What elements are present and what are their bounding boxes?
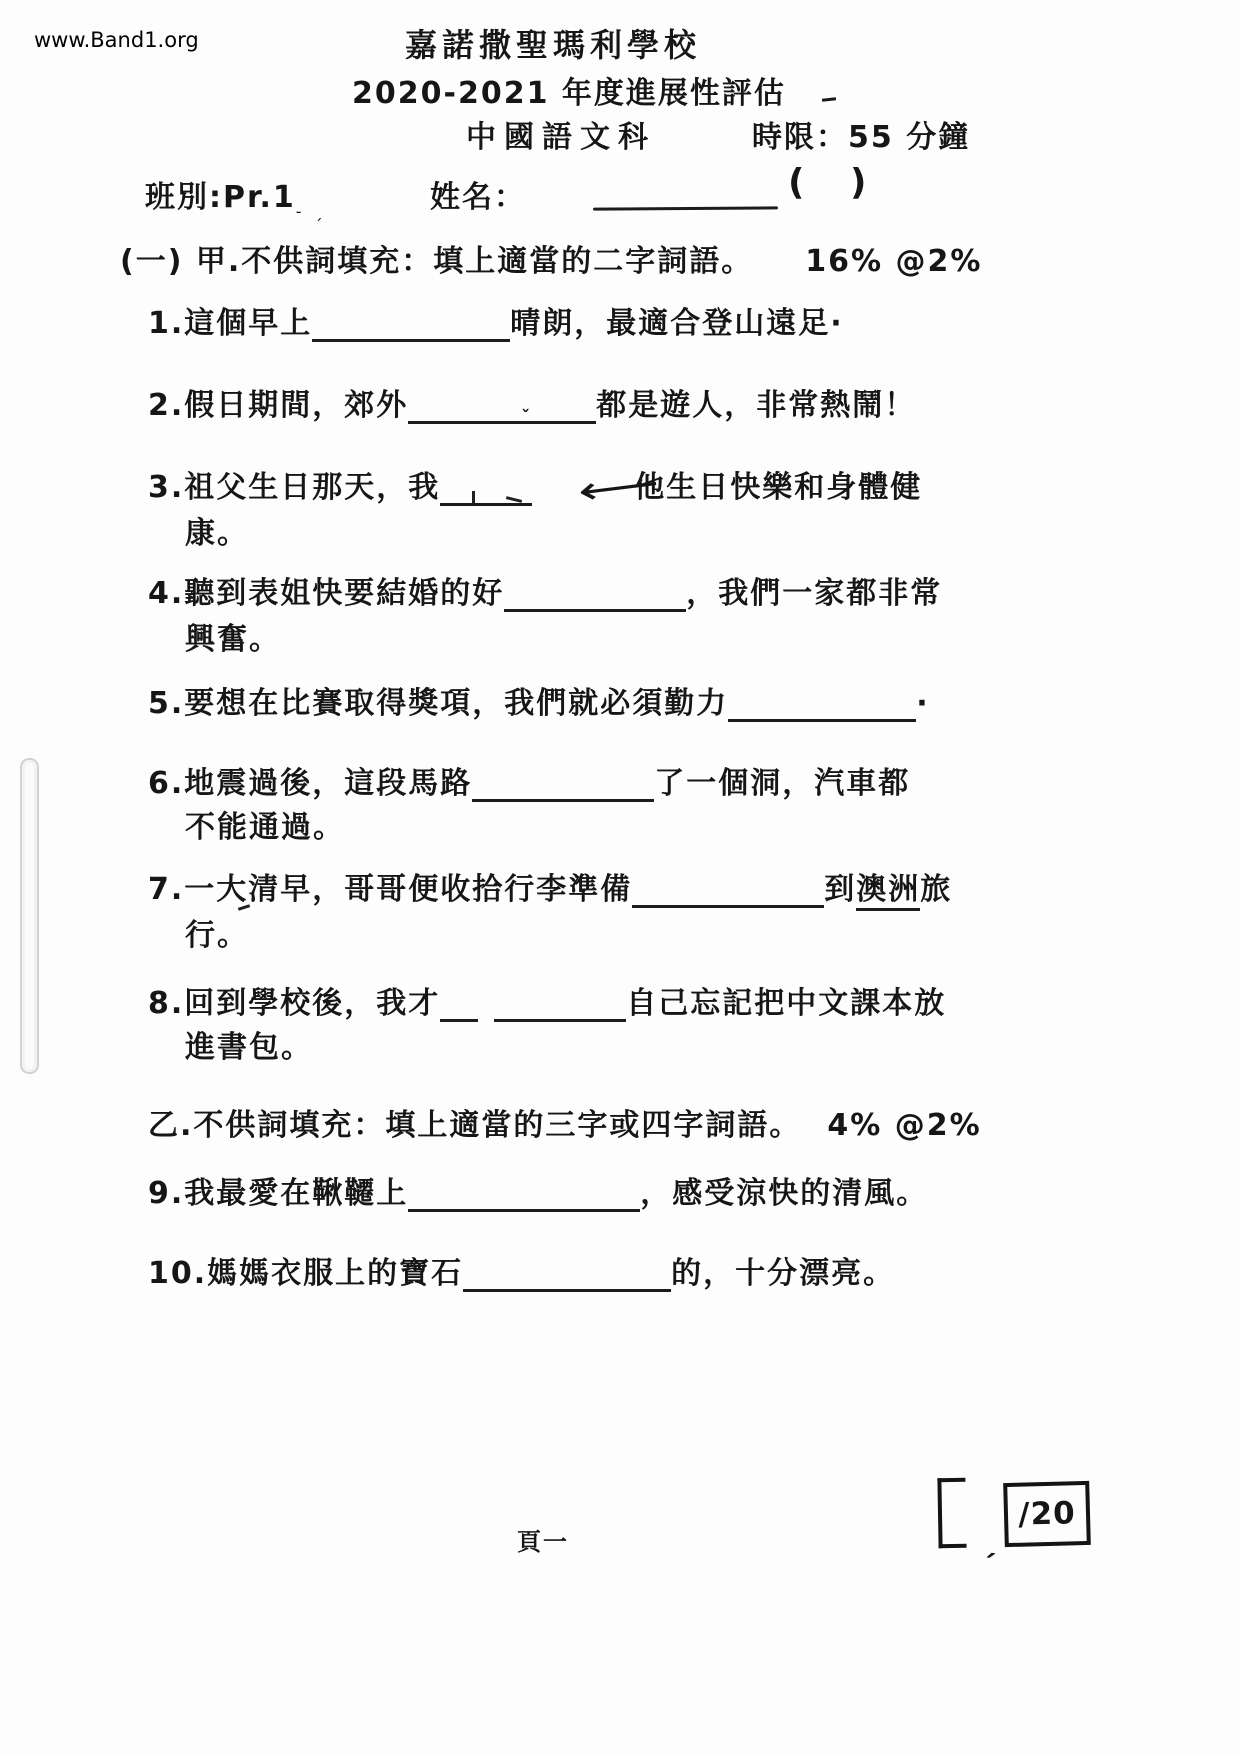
question-3-continuation: 康。 — [185, 508, 249, 552]
question-2-number: 2. — [148, 388, 184, 423]
question-5-pre: 要想在比賽取得獎項，我們就必須勤力 — [184, 686, 728, 721]
section-b-marks: 4% @2% — [827, 1108, 981, 1143]
question-8-continuation: 進書包。 — [185, 1022, 313, 1066]
question-3: 3.祖父生日那天，我他生日快樂和身體健 — [148, 462, 922, 506]
paren-close: ) — [850, 162, 866, 203]
question-1-blank — [312, 339, 510, 342]
question-8-blank-short — [440, 1019, 478, 1022]
question-7-post2: 旅 — [920, 872, 952, 907]
name-blank-line — [593, 206, 778, 210]
question-7-number: 7. — [148, 872, 184, 907]
section-a-title: (一) 甲.不供詞填充：填上適當的二字詞語。 — [120, 244, 753, 279]
question-7-post: 到 — [824, 872, 856, 907]
question-4-pre: 聽到表姐快要結婚的好 — [184, 576, 504, 611]
question-7-continuation: 行。 — [185, 910, 249, 954]
question-5: 5.要想在比賽取得獎項，我們就必須勤力· — [148, 678, 930, 722]
time-limit: 時限：55 分鐘 — [752, 112, 970, 156]
handwritten-check-mark: ˇ — [521, 407, 532, 428]
question-9-number: 9. — [148, 1176, 184, 1211]
score-label: /20 — [1018, 1495, 1076, 1532]
question-8-blank — [494, 1019, 626, 1022]
question-9-post: ，感受涼快的清風。 — [640, 1176, 928, 1211]
question-2-pre: 假日期間，郊外 — [184, 388, 408, 423]
question-8-number: 8. — [148, 986, 184, 1021]
question-6-pre: 地震過後，這段馬路 — [184, 766, 472, 801]
question-3-blank — [440, 503, 532, 506]
handwritten-mark — [472, 491, 475, 503]
watermark-text: www.Band1.org — [34, 28, 199, 52]
question-1-pre: 這個早上 — [184, 306, 312, 341]
binding-clip-artifact — [20, 758, 39, 1074]
handwritten-comma-mark: ˏ — [981, 1523, 1002, 1560]
assessment-title: 2020-2021 年度進展性評估 — [352, 68, 786, 112]
question-10-number: 10. — [148, 1256, 207, 1291]
paren-open: ( — [788, 162, 804, 203]
question-7-blank — [632, 905, 824, 908]
question-9-blank — [408, 1209, 640, 1212]
question-5-number: 5. — [148, 686, 184, 721]
section-b-title: 乙.不供詞填充：填上適當的三字或四字詞語。 — [148, 1108, 801, 1143]
question-4: 4.聽到表姐快要結婚的好，我們一家都非常 — [148, 568, 942, 612]
name-label: 姓名： — [430, 172, 526, 216]
question-10-blank — [463, 1289, 671, 1292]
exam-page: www.Band1.org 嘉諾撒聖瑪利學校 2020-2021 年度進展性評估… — [0, 0, 1240, 1754]
question-7-underlined-word: 澳洲 — [856, 872, 920, 911]
question-2-blank: ˇ — [408, 421, 596, 424]
question-3-number: 3. — [148, 470, 184, 505]
question-3-pre: 祖父生日那天，我 — [184, 470, 440, 505]
handwritten-macron-mark — [822, 97, 836, 101]
question-5-post: · — [916, 686, 929, 721]
section-a-heading: (一) 甲.不供詞填充：填上適當的二字詞語。16% @2% — [120, 236, 982, 280]
class-label: 班別:Pr.1 — [145, 180, 296, 215]
question-10-post: 的，十分漂亮。 — [671, 1256, 895, 1291]
class-field: 班別:Pr.1- ˏ — [145, 172, 327, 221]
question-6-blank — [472, 799, 654, 802]
section-a-marks: 16% @2% — [805, 244, 982, 279]
question-9: 9.我最愛在鞦韆上，感受涼快的清風。 — [148, 1168, 928, 1212]
question-1-number: 1. — [148, 306, 184, 341]
handwritten-class-marks: - ˏ — [296, 202, 327, 221]
question-4-continuation: 興奮。 — [185, 614, 281, 658]
question-6: 6.地震過後，這段馬路了一個洞，汽車都 — [148, 758, 910, 802]
score-bracket-mark — [937, 1478, 966, 1548]
score-box: /20 — [1003, 1481, 1091, 1547]
question-2-post: 都是遊人，非常熱鬧！ — [596, 388, 916, 423]
question-9-pre: 我最愛在鞦韆上 — [184, 1176, 408, 1211]
question-3-post: 他生日快樂和身體健 — [634, 470, 922, 505]
question-6-post: 了一個洞，汽車都 — [654, 766, 910, 801]
section-b-heading: 乙.不供詞填充：填上適當的三字或四字詞語。4% @2% — [148, 1100, 982, 1144]
handwritten-mark — [506, 496, 522, 503]
question-1: 1.這個早上晴朗，最適合登山遠足· — [148, 298, 844, 342]
subject-title: 中國語文科 — [466, 112, 656, 156]
question-4-post: ，我們一家都非常 — [686, 576, 942, 611]
question-8-pre: 回到學校後，我才 — [184, 986, 440, 1021]
question-5-blank — [728, 719, 916, 722]
question-8: 8.回到學校後，我才自己忘記把中文課本放 — [148, 978, 946, 1022]
question-1-post: 晴朗，最適合登山遠足· — [510, 306, 843, 341]
question-6-number: 6. — [148, 766, 184, 801]
question-8-post: 自己忘記把中文課本放 — [626, 986, 946, 1021]
question-10-pre: 媽媽衣服上的寶石 — [207, 1256, 463, 1291]
question-6-continuation: 不能通過。 — [185, 802, 345, 846]
question-4-number: 4. — [148, 576, 184, 611]
question-4-blank — [504, 609, 686, 612]
school-name: 嘉諾撒聖瑪利學校 — [405, 20, 701, 66]
question-7: 7.一大清早，哥哥便收拾行李準備到澳洲旅 — [148, 864, 952, 908]
page-number: 頁一 — [517, 1522, 569, 1557]
question-7-pre: 一大清早，哥哥便收拾行李準備 — [184, 872, 632, 907]
question-2: 2.假日期間，郊外ˇ都是遊人，非常熱鬧！ — [148, 380, 916, 424]
question-10: 10.媽媽衣服上的寶石的，十分漂亮。 — [148, 1248, 895, 1292]
